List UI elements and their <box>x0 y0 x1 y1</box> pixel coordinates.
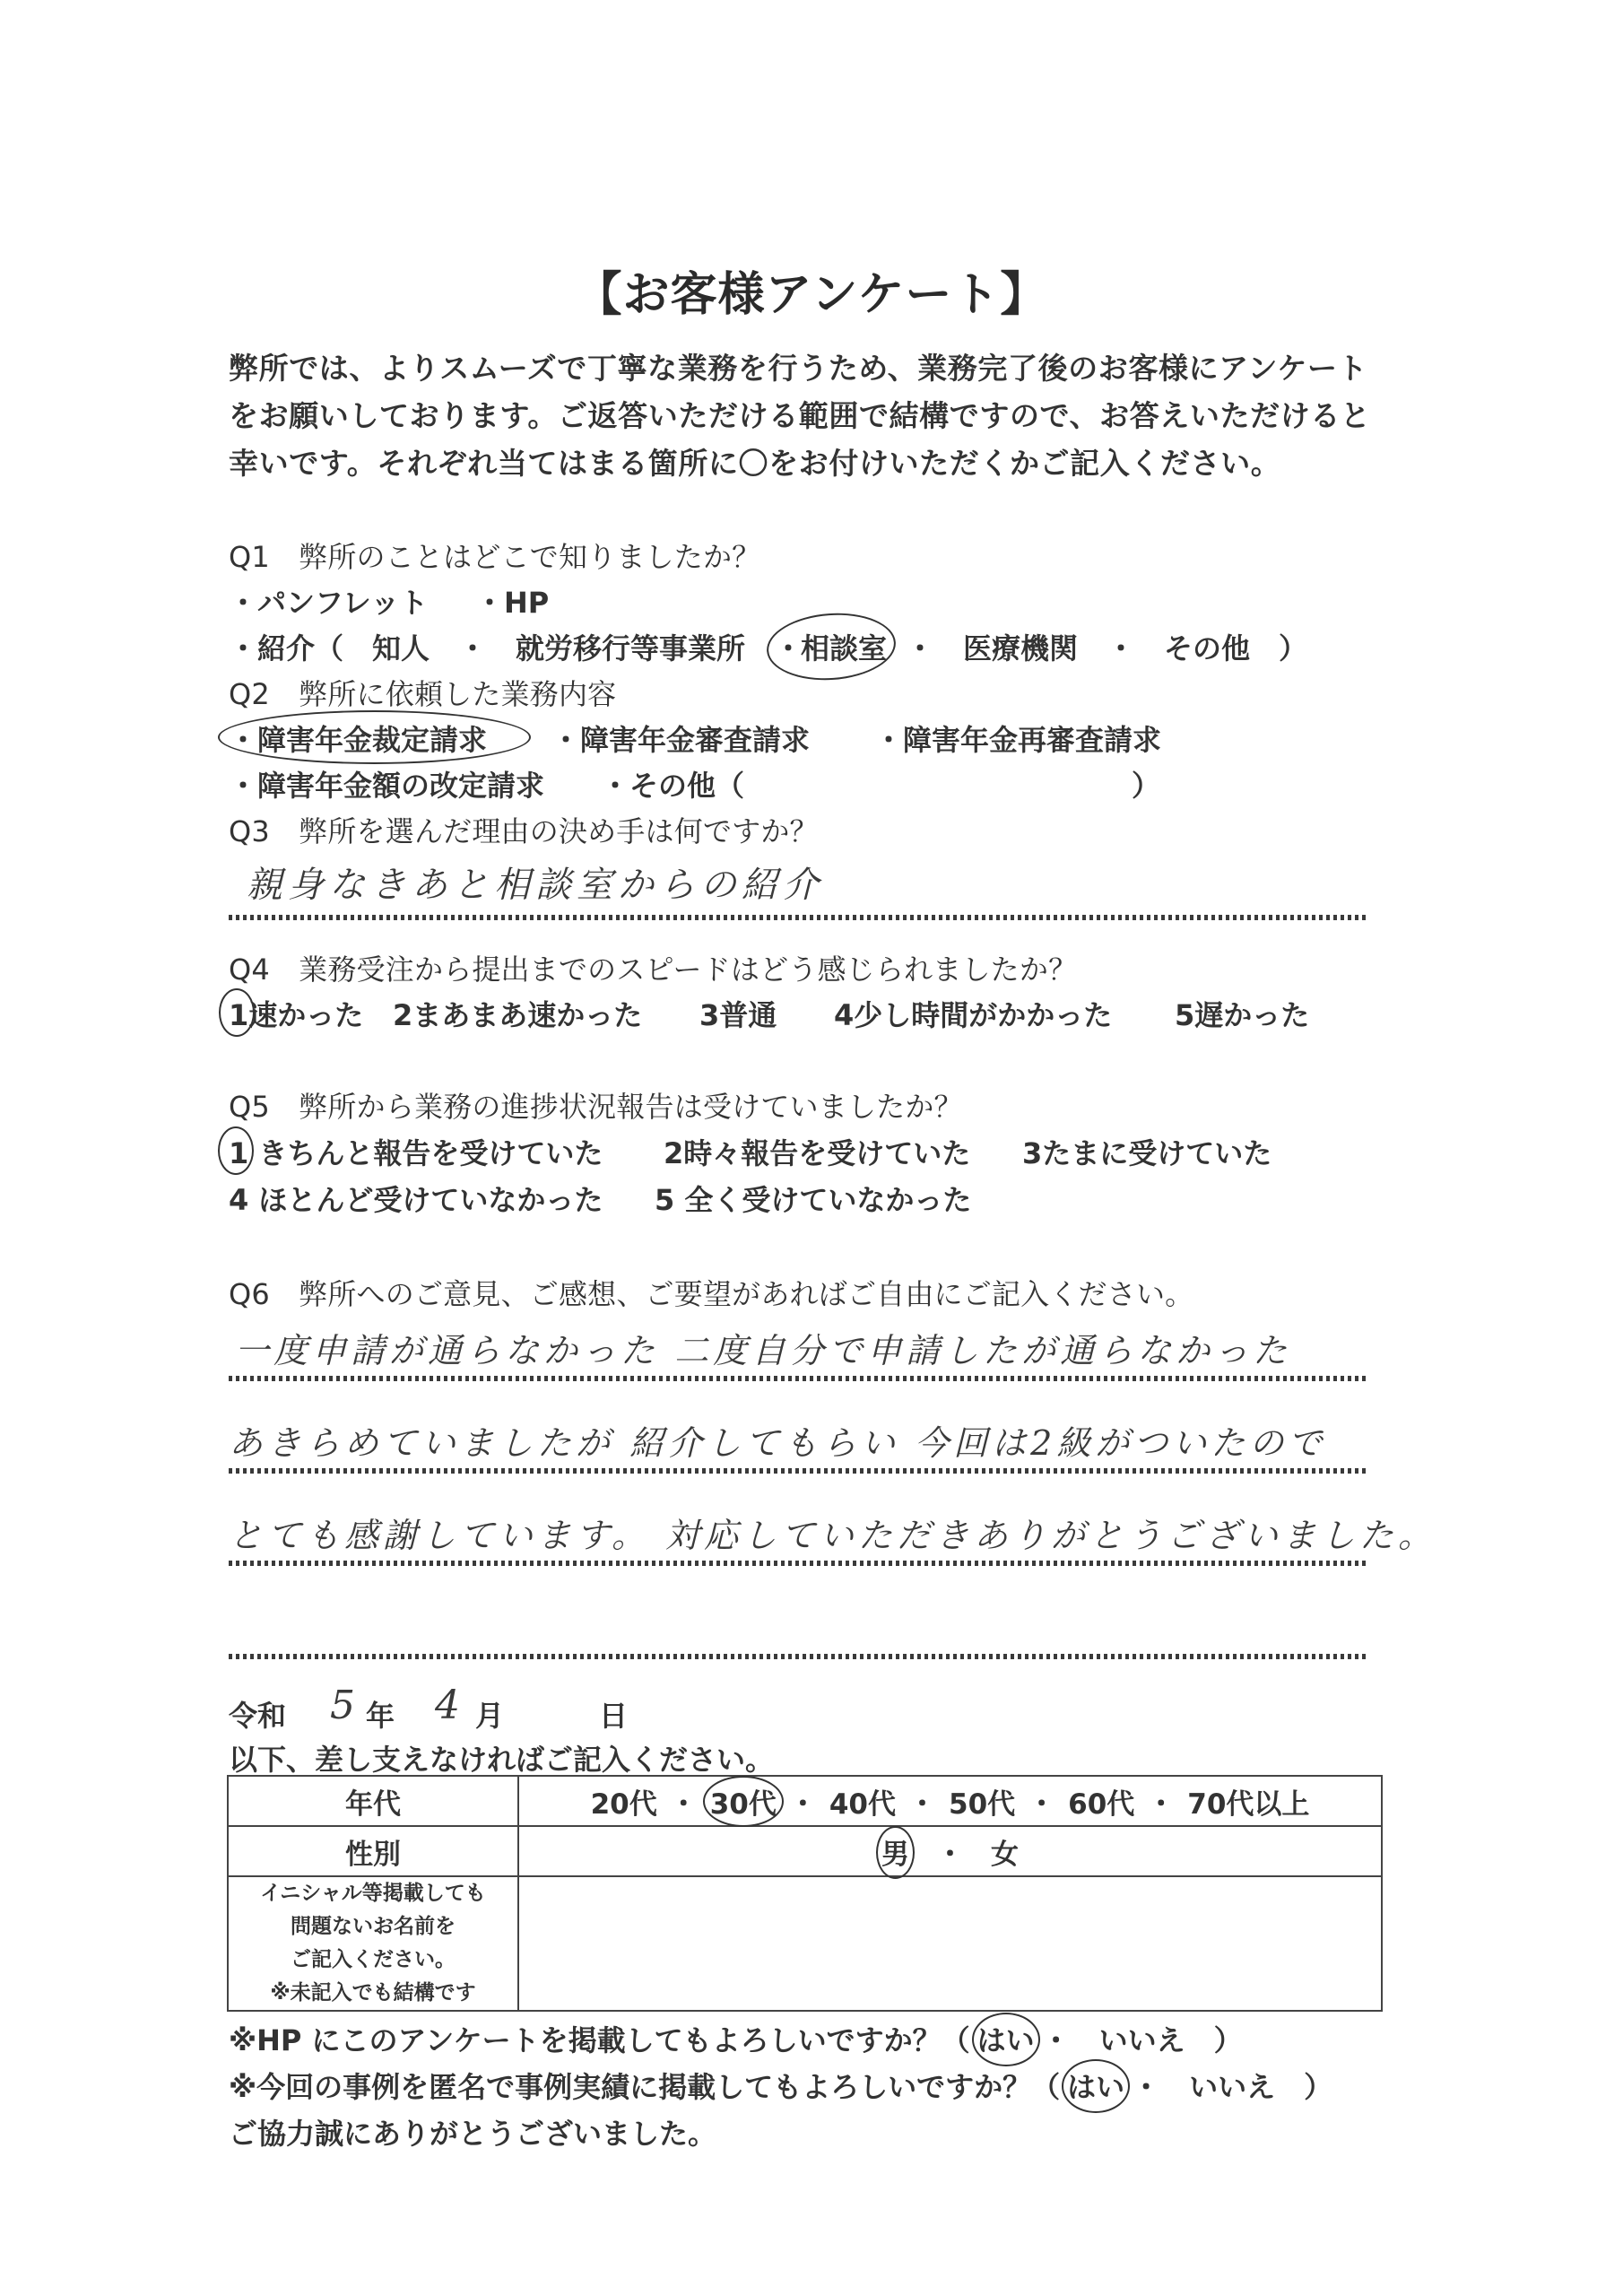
age-option-60s[interactable]: 60代 <box>1068 1788 1134 1821</box>
q4-label: Q4 業務受注から提出までのスピードはどう感じられましたか？ <box>229 947 1077 988</box>
q5-option-5[interactable]: 5 全く受けていなかった <box>655 1178 971 1219</box>
gender-option-female[interactable]: 女 <box>991 1839 1019 1871</box>
q1-selection-circle <box>765 609 898 684</box>
date-day-unit: 日 <box>599 1693 628 1735</box>
age-label: 年代 <box>228 1776 518 1826</box>
q1-option-pamphlet[interactable]: ・パンフレット <box>229 580 428 622</box>
consent-hp-selection-circle <box>972 2013 1040 2066</box>
q2-selection-circle <box>218 710 531 764</box>
q5-option-1[interactable]: 1 きちんと報告を受けていた <box>229 1131 603 1172</box>
consent-case-no[interactable]: ・ いいえ ） <box>1132 2070 1332 2104</box>
consent-hp-question: ※HP にこのアンケートを掲載してもよろしいですか？（ <box>229 2023 970 2057</box>
consent-hp-yes-wrapper: はい <box>977 2018 1035 2059</box>
consent-case-selection-circle <box>1062 2059 1130 2113</box>
date-year-unit: 年 <box>366 1693 395 1735</box>
q4-option-4[interactable]: 4少し時間がかかった <box>834 993 1112 1034</box>
age-options: 20代・30代・40代・50代・60代・70代以上 <box>518 1776 1382 1826</box>
name-input-cell[interactable] <box>518 1876 1382 2011</box>
q5-option-2[interactable]: 2時々報告を受けていた <box>664 1131 970 1172</box>
date-month-unit: 月 <box>475 1693 504 1735</box>
q2-option-amount-revision[interactable]: ・障害年金額の改定請求 <box>229 763 544 804</box>
consent-case-yes-wrapper: はい <box>1067 2065 1124 2106</box>
optional-note: 以下、差し支えなければご記入ください。 <box>229 1737 774 1779</box>
age-selection-circle <box>703 1776 784 1827</box>
q2-label: Q2 弊所に依頼した業務内容 <box>229 672 616 713</box>
table-row-age: 年代 20代・30代・40代・50代・60代・70代以上 <box>228 1776 1382 1826</box>
q1-referral-prefix[interactable]: ・紹介（ 知人 ・ 就労移行等事業所 ・ <box>229 626 803 667</box>
gender-option-male-wrapper: 男 <box>881 1831 909 1872</box>
q4-option-5[interactable]: 5遅かった <box>1175 993 1309 1034</box>
q5-option-4[interactable]: 4 ほとんど受けていなかった <box>229 1178 603 1219</box>
age-option-50s[interactable]: 50代 <box>949 1788 1015 1821</box>
q2-option-review-request[interactable]: ・障害年金審査請求 <box>551 717 810 759</box>
age-option-40s[interactable]: 40代 <box>829 1788 896 1821</box>
q1-label: Q1 弊所のことはどこで知りましたか？ <box>229 535 760 576</box>
q6-answer-rule-3 <box>229 1561 1367 1566</box>
q3-answer-line <box>229 915 1367 920</box>
q6-label: Q6 弊所へのご意見、ご感想、ご要望があればご自由にご記入ください。 <box>229 1272 1193 1313</box>
name-label-line-1: イニシャル等掲載しても <box>229 1877 517 1910</box>
date-month-value[interactable]: 4 <box>435 1683 465 1728</box>
q2-other-close-paren: ） <box>1132 763 1160 804</box>
q2-option-re-review-request[interactable]: ・障害年金再審査請求 <box>874 717 1161 759</box>
q6-answer-rule-4 <box>229 1654 1367 1659</box>
q5-selection-circle <box>218 1126 254 1175</box>
age-option-20s[interactable]: 20代 <box>591 1788 657 1821</box>
name-label-line-4: ※未記入でも結構です <box>229 1977 517 2010</box>
q6-answer-line-2[interactable]: あきらめていましたが 紹介してもらい 今回は2級がついたので <box>229 1415 1326 1465</box>
q6-answer-line-1[interactable]: 一度申請が通らなかった 二度自分で申請したが通らなかった <box>235 1323 1291 1372</box>
table-row-gender: 性別 男・女 <box>228 1826 1382 1876</box>
respondent-info-table: 年代 20代・30代・40代・50代・60代・70代以上 性別 男・女 イニシャ… <box>227 1775 1383 2012</box>
q4-option-2[interactable]: 2まあまあ速かった <box>393 993 642 1034</box>
q4-option-3[interactable]: 3普通 <box>699 993 777 1034</box>
gender-label: 性別 <box>228 1826 518 1876</box>
q3-answer-handwritten[interactable]: 親身なきあと相談室からの紹介 <box>247 857 824 908</box>
q6-answer-rule-2 <box>229 1468 1367 1474</box>
gender-options: 男・女 <box>518 1826 1382 1876</box>
table-row-name: イニシャル等掲載しても 問題ないお名前を ご記入ください。 ※未記入でも結構です <box>228 1876 1382 2011</box>
consent-hp-no[interactable]: ・ いいえ ） <box>1042 2023 1243 2057</box>
age-option-30s-wrapper: 30代 <box>710 1781 777 1822</box>
gender-selection-circle <box>876 1826 915 1879</box>
date-year-value[interactable]: 5 <box>330 1683 360 1728</box>
q6-answer-rule-1 <box>229 1376 1367 1381</box>
consent-case-question: ※今回の事例を匿名で事例実績に掲載してもよろしいですか？（ <box>229 2070 1060 2104</box>
q5-label: Q5 弊所から業務の進捗状況報告は受けていましたか？ <box>229 1084 963 1126</box>
age-option-70s-plus[interactable]: 70代以上 <box>1187 1788 1309 1821</box>
q4-selection-circle <box>219 988 255 1037</box>
q6-answer-line-3[interactable]: とても感謝しています。 対応していただきありがとうございました。 <box>229 1508 1436 1557</box>
intro-line-3: 幸いです。それぞれ当てはまる箇所に〇をお付けいただくかご記入ください。 <box>229 440 1280 483</box>
q1-referral-suffix[interactable]: ・ 医療機関 ・ その他 ） <box>906 626 1307 667</box>
name-label-line-2: 問題ないお名前を <box>229 1910 517 1944</box>
survey-title: 【お客様アンケート】 <box>0 257 1623 324</box>
consent-hp-row: ※HP にこのアンケートを掲載してもよろしいですか？（はい・ いいえ ） <box>229 2018 1243 2059</box>
q2-option-other[interactable]: ・その他（ <box>601 763 744 804</box>
consent-case-row: ※今回の事例を匿名で事例実績に掲載してもよろしいですか？（はい・ いいえ ） <box>229 2065 1332 2106</box>
q1-option-hp[interactable]: ・HP <box>475 580 549 622</box>
intro-line-1: 弊所では、よりスムーズで丁寧な業務を行うため、業務完了後のお客様にアンケート <box>229 345 1367 387</box>
thanks-message: ご協力誠にありがとうございました。 <box>229 2111 716 2152</box>
intro-line-2: をお願いしております。ご返答いただける範囲で結構ですので、お答えいただけると <box>229 393 1371 435</box>
q5-option-3[interactable]: 3たまに受けていた <box>1022 1131 1271 1172</box>
name-label: イニシャル等掲載しても 問題ないお名前を ご記入ください。 ※未記入でも結構です <box>228 1876 518 2011</box>
q3-label: Q3 弊所を選んだ理由の決め手は何ですか？ <box>229 809 819 850</box>
name-label-line-3: ご記入ください。 <box>229 1944 517 1977</box>
date-era: 令和 <box>229 1693 286 1735</box>
